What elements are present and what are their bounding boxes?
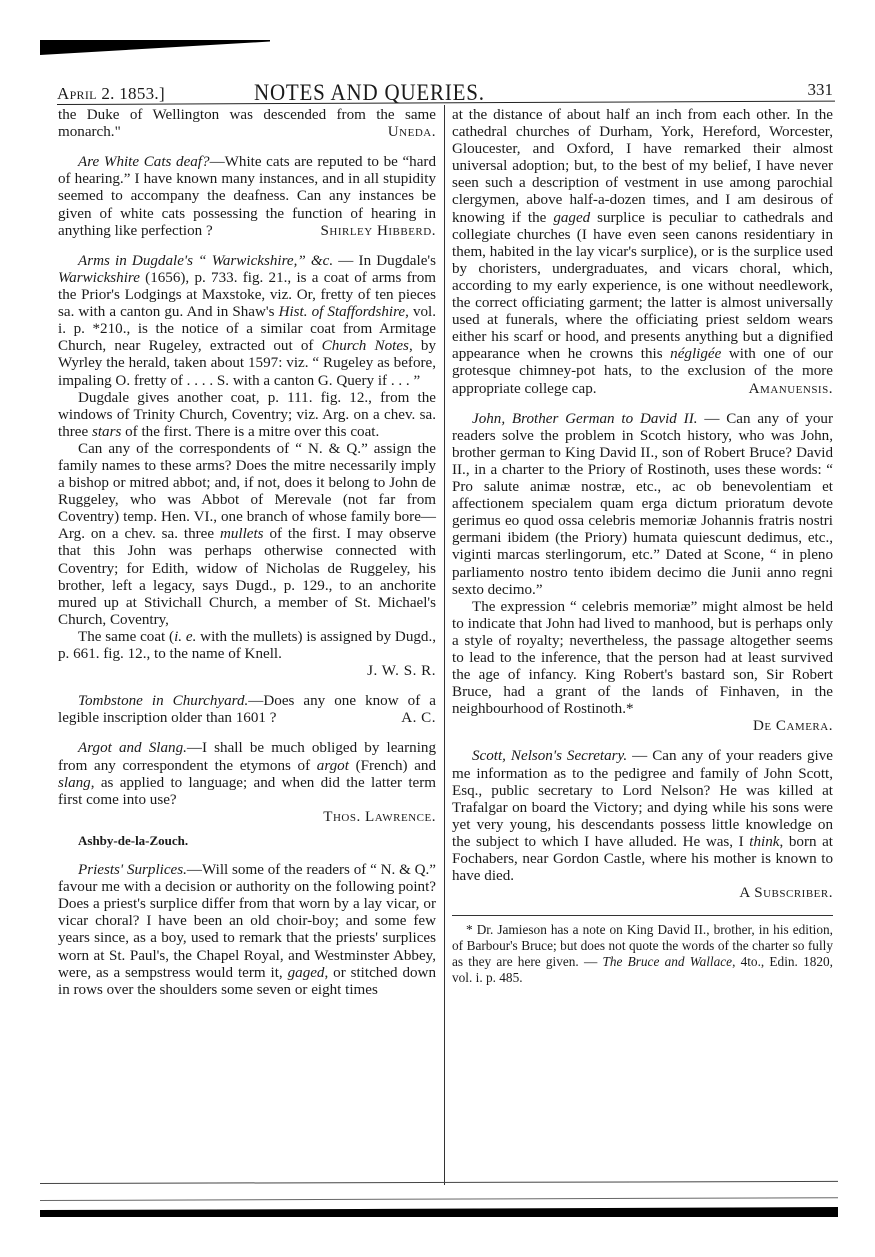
entry-scott-nelson: Scott, Nelson's Secretary. — Can any of … <box>452 748 833 902</box>
left-column: the Duke of Wellington was descended fro… <box>58 107 436 1012</box>
signature: J. W. S. R. <box>58 663 436 680</box>
signature: De Camera. <box>452 718 833 735</box>
entry-white-cats: Are White Cats deaf?—White cats are repu… <box>58 154 436 240</box>
column-divider <box>444 105 445 1185</box>
entry-heading: Are White Cats deaf? <box>78 154 210 170</box>
entry-body: Arms in Dugdale's “ Warwickshire,” &c. —… <box>58 253 436 390</box>
entry-john-brother-german: John, Brother German to David II. — Can … <box>452 411 833 736</box>
page-number: 331 <box>808 80 834 100</box>
entry-heading: Arms in Dugdale's “ Warwickshire,” &c. <box>78 253 333 269</box>
entry-paragraph: The expression “ celebris memoriæ” might… <box>452 599 833 719</box>
entry-body: Argot and Slang.—I shall be much obliged… <box>58 740 436 808</box>
page-edge-line <box>40 1181 838 1184</box>
entry-argot-slang: Argot and Slang.—I shall be much obliged… <box>58 740 436 849</box>
entry-body: Scott, Nelson's Secretary. — Can any of … <box>452 748 833 885</box>
entry-arms-dugdale: Arms in Dugdale's “ Warwickshire,” &c. —… <box>58 253 436 680</box>
entry-paragraph: Dugdale gives another coat, p. 111. fig.… <box>58 390 436 441</box>
issue-date: April 2. 1853.] <box>57 84 165 104</box>
entry-heading: Scott, Nelson's Secretary. <box>472 748 627 764</box>
entry-priests-surplices: Priests' Surplices.—Will some of the rea… <box>58 862 436 999</box>
entry-body: at the distance of about half an inch fr… <box>452 107 833 398</box>
entry-paragraph: The same coat (i. e. with the mullets) i… <box>58 629 436 663</box>
entry-body: John, Brother German to David II. — Can … <box>452 411 833 599</box>
page-edge-shadow <box>40 1207 838 1217</box>
entry-paragraph: Can any of the correspondents of “ N. & … <box>58 441 436 629</box>
signature: A Subscriber. <box>452 885 833 902</box>
place-line: Ashby-de-la-Zouch. <box>78 832 436 849</box>
decorative-wedge <box>40 40 270 55</box>
entry-tombstone: Tombstone in Churchyard.—Does any one kn… <box>58 693 436 727</box>
entry-surplices-continued: at the distance of about half an inch fr… <box>452 107 833 398</box>
footnote: * Dr. Jamieson has a note on King David … <box>452 922 833 986</box>
entry-heading: John, Brother German to David II. <box>472 411 698 427</box>
right-column: at the distance of about half an inch fr… <box>452 107 833 986</box>
entry-continuation: the Duke of Wellington was descended fro… <box>58 107 436 141</box>
signature: Thos. Lawrence. <box>58 809 436 826</box>
entry-heading: Tombstone in Churchyard. <box>78 693 248 709</box>
entry-body: Priests' Surplices.—Will some of the rea… <box>58 862 436 999</box>
entry-heading: Argot and Slang. <box>78 740 187 756</box>
page-edge-line <box>40 1197 838 1201</box>
footnote-rule <box>452 915 833 916</box>
entry-heading: Priests' Surplices. <box>78 862 187 878</box>
